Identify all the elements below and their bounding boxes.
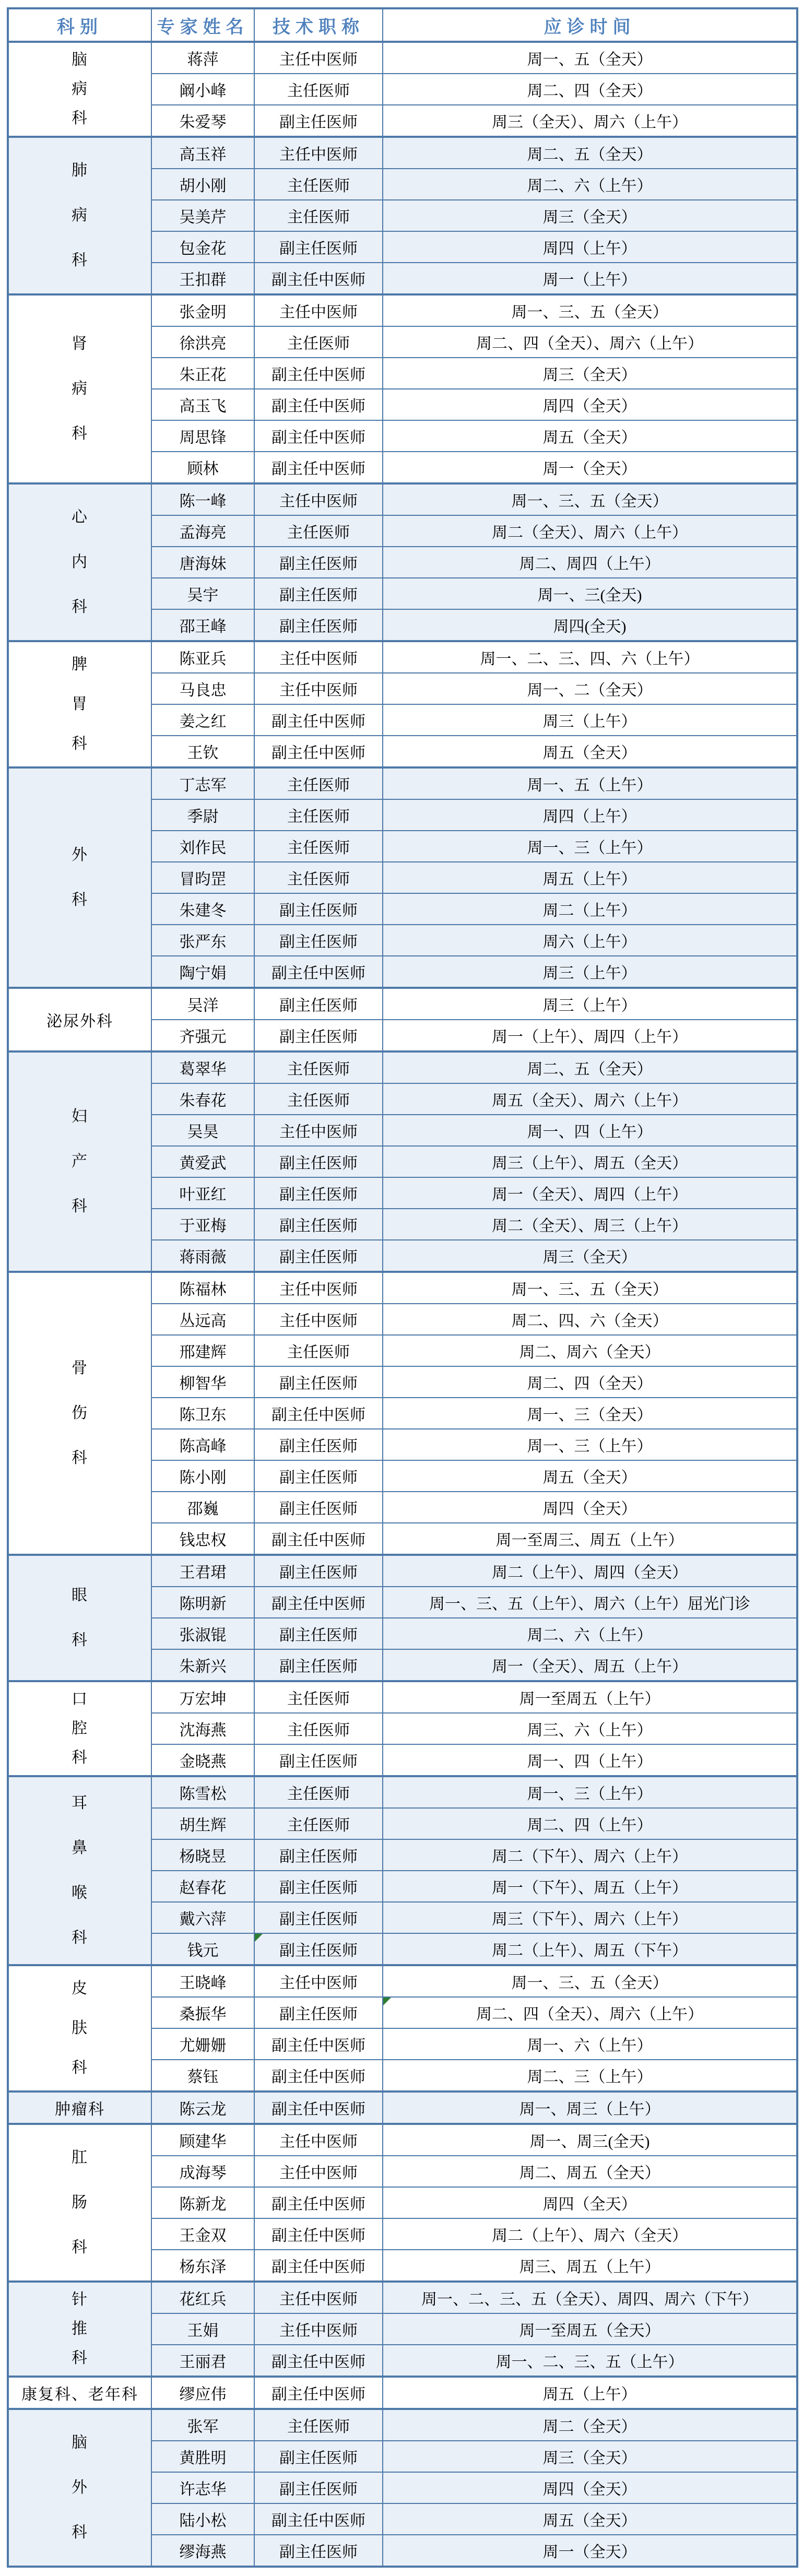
title-cell: 副主任医师 — [254, 1366, 383, 1398]
title-cell: 副主任中医师 — [254, 389, 383, 420]
department-cell: 肿瘤科 — [8, 2091, 151, 2124]
schedule-time-cell: 周五（全天） — [383, 2503, 797, 2535]
schedule-time-cell: 周一、二、三、四、六（上午） — [383, 641, 797, 673]
title-cell: 副主任医师 — [254, 105, 383, 137]
title-cell: 副主任医师 — [254, 231, 383, 263]
doctor-name-cell: 缪海燕 — [151, 2535, 254, 2567]
schedule-time-cell: 周二、六（上午） — [383, 1618, 797, 1649]
schedule-time-cell: 周二（全天）、周三（上午） — [383, 1209, 797, 1240]
title-cell: 副主任医师 — [254, 1744, 383, 1776]
doctor-name-cell: 唐海妹 — [151, 547, 254, 578]
title-cell: 主任中医师 — [254, 1115, 383, 1146]
title-cell: 副主任中医师 — [254, 1523, 383, 1555]
doctor-name-cell: 吴昊 — [151, 1115, 254, 1146]
schedule-time-cell: 周四(全天) — [383, 609, 797, 641]
title-cell: 副主任中医师 — [254, 2028, 383, 2060]
table-row: 脑外科张军主任医师周二（全天） — [8, 2409, 797, 2441]
title-cell: 副主任医师 — [254, 1460, 383, 1492]
table-row: 心内科陈一峰主任中医师周一、三、五（全天） — [8, 483, 797, 515]
schedule-time-cell: 周二（全天）、周六（上午） — [383, 515, 797, 547]
doctor-name-cell: 钱元 — [151, 1933, 254, 1965]
title-cell: 主任医师 — [254, 515, 383, 547]
doctor-name-cell: 姜之红 — [151, 704, 254, 736]
title-cell: 副主任医师 — [254, 1209, 383, 1240]
title-cell: 副主任医师 — [254, 925, 383, 956]
department-cell: 康复科、老年科 — [8, 2377, 151, 2409]
schedule-time-cell: 周一、五（上午） — [383, 767, 797, 799]
title-cell: 副主任中医师 — [254, 1587, 383, 1618]
doctor-name-cell: 蒋雨薇 — [151, 1240, 254, 1272]
schedule-time-cell: 周二、四（全天）、周六（上午） — [383, 326, 797, 358]
title-cell: 副主任医师 — [254, 1492, 383, 1523]
table-row: 脾胃科陈亚兵主任中医师周一、二、三、四、六（上午） — [8, 641, 797, 673]
schedule-time-cell: 周五（全天） — [383, 736, 797, 767]
schedule-time-cell: 周三（全天）、周六（上午） — [383, 105, 797, 137]
title-cell: 副主任医师 — [254, 1839, 383, 1871]
schedule-time-cell: 周一、二、三、五（上午） — [383, 2345, 797, 2377]
title-cell: 副主任中医师 — [254, 2091, 383, 2124]
title-cell: 副主任医师 — [254, 2472, 383, 2503]
doctor-name-cell: 黄爱武 — [151, 1146, 254, 1177]
title-cell: 主任医师 — [254, 767, 383, 799]
title-cell: 副主任医师 — [254, 1618, 383, 1649]
table-row: 针推科花红兵主任中医师周一、二、三、五（全天）、周四、周六（下午） — [8, 2282, 797, 2313]
schedule-time-cell: 周三（上午）、周五（全天） — [383, 1146, 797, 1177]
schedule-time-cell: 周一至周三、周五（上午） — [383, 1523, 797, 1555]
doctor-name-cell: 高玉飞 — [151, 389, 254, 420]
table-row: 肛肠科顾建华主任中医师周一、周三(全天) — [8, 2124, 797, 2156]
doctor-name-cell: 尤姗姗 — [151, 2028, 254, 2060]
doctor-schedule-table: 科别 专家姓名 技术职称 应诊时间 脑病科蒋萍主任中医师周一、五（全天）阚小峰主… — [7, 7, 798, 2568]
doctor-name-cell: 黄胜明 — [151, 2441, 254, 2472]
title-cell: 副主任医师 — [254, 547, 383, 578]
doctor-name-cell: 邢建辉 — [151, 1335, 254, 1366]
title-cell: 主任医师 — [254, 1335, 383, 1366]
schedule-time-cell: 周二（全天） — [383, 2409, 797, 2441]
department-cell: 脑病科 — [8, 42, 151, 137]
schedule-time-cell: 周三、周五（上午） — [383, 2250, 797, 2282]
department-cell: 脾胃科 — [8, 641, 151, 767]
doctor-name-cell: 张严东 — [151, 925, 254, 956]
title-cell: 主任中医师 — [254, 2313, 383, 2345]
title-cell: 副主任医师 — [254, 893, 383, 925]
doctor-name-cell: 陈高峰 — [151, 1429, 254, 1460]
title-cell: 副主任医师 — [254, 1240, 383, 1272]
doctor-name-cell: 蔡钰 — [151, 2060, 254, 2091]
header-row: 科别 专家姓名 技术职称 应诊时间 — [8, 8, 797, 42]
doctor-name-cell: 叶亚红 — [151, 1177, 254, 1209]
title-cell: 主任医师 — [254, 200, 383, 231]
title-cell: 主任医师 — [254, 2409, 383, 2441]
title-cell: 副主任医师 — [254, 578, 383, 609]
schedule-time-cell: 周一、三、五（全天） — [383, 483, 797, 515]
title-cell: 副主任医师 — [254, 988, 383, 1020]
schedule-time-cell: 周一、三（全天） — [383, 1398, 797, 1429]
doctor-name-cell: 阚小峰 — [151, 74, 254, 105]
doctor-name-cell: 钱忠权 — [151, 1523, 254, 1555]
title-cell: 主任医师 — [254, 1681, 383, 1713]
schedule-time-cell: 周一（全天） — [383, 2535, 797, 2567]
table-row: 肺病科高玉祥主任中医师周二、五（全天） — [8, 137, 797, 169]
title-cell: 主任中医师 — [254, 1304, 383, 1335]
doctor-name-cell: 张金明 — [151, 294, 254, 326]
doctor-name-cell: 陈卫东 — [151, 1398, 254, 1429]
schedule-time-cell: 周一、周三(全天) — [383, 2124, 797, 2156]
title-cell: 主任医师 — [254, 1713, 383, 1744]
doctor-name-cell: 马良忠 — [151, 673, 254, 704]
doctor-name-cell: 柳智华 — [151, 1366, 254, 1398]
department-cell: 肺病科 — [8, 137, 151, 294]
title-cell: 副主任中医师 — [254, 2503, 383, 2535]
doctor-name-cell: 齐强元 — [151, 1020, 254, 1051]
department-cell: 肾病科 — [8, 294, 151, 483]
schedule-time-cell: 周三（全天） — [383, 200, 797, 231]
title-cell: 副主任中医师 — [254, 704, 383, 736]
doctor-name-cell: 周思锋 — [151, 420, 254, 452]
schedule-time-cell: 周二、六（上午） — [383, 169, 797, 200]
title-cell: 副主任中医师 — [254, 2345, 383, 2377]
schedule-time-cell: 周三（上午） — [383, 988, 797, 1020]
doctor-name-cell: 吴洋 — [151, 988, 254, 1020]
title-cell: 副主任医师 — [254, 1902, 383, 1933]
doctor-name-cell: 吴美芹 — [151, 200, 254, 231]
title-cell: 主任中医师 — [254, 673, 383, 704]
schedule-time-cell: 周三（全天） — [383, 358, 797, 389]
title-cell: 副主任医师 — [254, 1997, 383, 2028]
doctor-name-cell: 朱爱琴 — [151, 105, 254, 137]
title-cell: 副主任中医师 — [254, 452, 383, 483]
title-cell: 主任中医师 — [254, 483, 383, 515]
schedule-time-cell: 周二、三（上午） — [383, 2060, 797, 2091]
table-row: 外科丁志军主任医师周一、五（上午） — [8, 767, 797, 799]
schedule-time-cell: 周一至周五（上午） — [383, 1681, 797, 1713]
schedule-time-cell: 周五（上午） — [383, 862, 797, 893]
schedule-time-cell: 周一、二、三、五（全天）、周四、周六（下午） — [383, 2282, 797, 2313]
schedule-time-cell: 周三（全天） — [383, 1240, 797, 1272]
schedule-time-cell: 周一、三（上午） — [383, 1429, 797, 1460]
table-row: 骨伤科陈福林主任中医师周一、三、五（全天） — [8, 1272, 797, 1304]
doctor-name-cell: 赵春花 — [151, 1871, 254, 1902]
schedule-time-cell: 周一至周五（全天） — [383, 2313, 797, 2345]
title-cell: 副主任中医师 — [254, 1398, 383, 1429]
department-cell: 口腔科 — [8, 1681, 151, 1776]
title-cell: 副主任医师 — [254, 609, 383, 641]
schedule-time-cell: 周三（下午）、周六（上午） — [383, 1902, 797, 1933]
schedule-time-cell: 周三（上午） — [383, 704, 797, 736]
doctor-name-cell: 金晓燕 — [151, 1744, 254, 1776]
table-row: 康复科、老年科缪应伟副主任中医师周五（上午） — [8, 2377, 797, 2409]
schedule-time-cell: 周四（上午） — [383, 231, 797, 263]
doctor-name-cell: 成海琴 — [151, 2156, 254, 2187]
schedule-time-cell: 周一、二（全天） — [383, 673, 797, 704]
title-cell: 副主任中医师 — [254, 358, 383, 389]
doctor-name-cell: 陶宁娟 — [151, 956, 254, 988]
department-cell: 外科 — [8, 767, 151, 988]
title-cell: 主任医师 — [254, 326, 383, 358]
doctor-name-cell: 包金花 — [151, 231, 254, 263]
schedule-time-cell: 周六（上午） — [383, 925, 797, 956]
doctor-name-cell: 顾建华 — [151, 2124, 254, 2156]
doctor-name-cell: 万宏坤 — [151, 1681, 254, 1713]
schedule-time-cell: 周一（全天）、周五（上午） — [383, 1649, 797, 1681]
doctor-name-cell: 陈云龙 — [151, 2091, 254, 2124]
title-cell: 主任中医师 — [254, 1272, 383, 1304]
schedule-time-cell: 周五（全天） — [383, 1460, 797, 1492]
doctor-name-cell: 邵王峰 — [151, 609, 254, 641]
title-cell: 副主任医师 — [254, 1871, 383, 1902]
doctor-name-cell: 王丽君 — [151, 2345, 254, 2377]
doctor-name-cell: 陈福林 — [151, 1272, 254, 1304]
schedule-time-cell: 周一（上午）、周四（上午） — [383, 1020, 797, 1051]
doctor-name-cell: 陈雪松 — [151, 1776, 254, 1808]
title-cell: 副主任医师 — [254, 1555, 383, 1587]
title-cell: 副主任中医师 — [254, 420, 383, 452]
title-cell: 副主任中医师 — [254, 736, 383, 767]
schedule-time-cell: 周一（上午） — [383, 263, 797, 294]
schedule-time-cell: 周三、六（上午） — [383, 1713, 797, 1744]
table-row: 妇产科葛翠华主任医师周二、五（全天） — [8, 1051, 797, 1083]
title-cell: 副主任医师 — [254, 1177, 383, 1209]
title-cell: 副主任中医师 — [254, 2377, 383, 2409]
schedule-time-cell: 周一（全天）、周四（上午） — [383, 1177, 797, 1209]
title-cell: 主任医师 — [254, 1083, 383, 1115]
doctor-name-cell: 胡小刚 — [151, 169, 254, 200]
doctor-name-cell: 许志华 — [151, 2472, 254, 2503]
title-cell: 主任中医师 — [254, 641, 383, 673]
schedule-time-cell: 周二、五（全天） — [383, 137, 797, 169]
title-cell: 主任医师 — [254, 862, 383, 893]
doctor-name-cell: 王钦 — [151, 736, 254, 767]
table-row: 泌尿外科吴洋副主任医师周三（上午） — [8, 988, 797, 1020]
title-cell: 主任医师 — [254, 169, 383, 200]
schedule-time-cell: 周二、四（全天） — [383, 74, 797, 105]
schedule-time-cell: 周一、三（上午） — [383, 831, 797, 862]
schedule-time-cell: 周三（上午） — [383, 956, 797, 988]
table-row: 眼科王君珺副主任医师周二（上午）、周四（全天） — [8, 1555, 797, 1587]
doctor-name-cell: 蒋萍 — [151, 42, 254, 74]
schedule-time-cell: 周一、三、五（全天） — [383, 1272, 797, 1304]
doctor-name-cell: 高玉祥 — [151, 137, 254, 169]
title-cell: 副主任医师 — [254, 2535, 383, 2567]
title-cell: 主任医师 — [254, 74, 383, 105]
table-row: 耳鼻喉科陈雪松主任医师周一、三（上午） — [8, 1776, 797, 1808]
title-cell: 主任医师 — [254, 831, 383, 862]
doctor-name-cell: 陈一峰 — [151, 483, 254, 515]
schedule-time-cell: 周二、周六（全天） — [383, 1335, 797, 1366]
schedule-time-cell: 周一（全天） — [383, 452, 797, 483]
doctor-name-cell: 孟海亮 — [151, 515, 254, 547]
schedule-time-cell: 周四（全天） — [383, 2187, 797, 2218]
doctor-name-cell: 葛翠华 — [151, 1051, 254, 1083]
comment-marker-icon — [255, 1934, 263, 1942]
title-cell: 主任中医师 — [254, 1965, 383, 1997]
schedule-time-cell: 周四（全天） — [383, 1492, 797, 1523]
table-row: 肾病科张金明主任中医师周一、三、五（全天） — [8, 294, 797, 326]
doctor-name-cell: 杨晓昱 — [151, 1839, 254, 1871]
schedule-time-cell: 周五（全天）、周六（上午） — [383, 1083, 797, 1115]
schedule-time-cell: 周四（上午） — [383, 799, 797, 831]
schedule-time-cell: 周二（上午）、周六（全天） — [383, 2218, 797, 2250]
title-cell: 主任中医师 — [254, 2282, 383, 2313]
schedule-time-cell: 周二（上午）、周四（全天） — [383, 1555, 797, 1587]
doctor-name-cell: 吴宇 — [151, 578, 254, 609]
doctor-name-cell: 王娟 — [151, 2313, 254, 2345]
department-cell: 泌尿外科 — [8, 988, 151, 1051]
doctor-name-cell: 沈海燕 — [151, 1713, 254, 1744]
schedule-time-cell: 周二、四（全天） — [383, 1366, 797, 1398]
schedule-time-cell: 周四（全天） — [383, 2472, 797, 2503]
schedule-time-cell: 周二、四（全天）、周六（上午） — [383, 1997, 797, 2028]
schedule-time-cell: 周二、周四（上午） — [383, 547, 797, 578]
doctor-name-cell: 桑振华 — [151, 1997, 254, 2028]
doctor-name-cell: 朱新兴 — [151, 1649, 254, 1681]
department-cell: 骨伤科 — [8, 1272, 151, 1555]
schedule-time-cell: 周一、三（上午） — [383, 1776, 797, 1808]
doctor-name-cell: 于亚梅 — [151, 1209, 254, 1240]
title-cell: 副主任中医师 — [254, 2218, 383, 2250]
department-cell: 眼科 — [8, 1555, 151, 1681]
title-cell: 主任中医师 — [254, 2156, 383, 2187]
schedule-time-cell: 周一（下午）、周五（上午） — [383, 1871, 797, 1902]
table-row: 皮肤科王晓峰主任中医师周一、三、五（全天） — [8, 1965, 797, 1997]
schedule-time-cell: 周三（全天） — [383, 2441, 797, 2472]
schedule-time-cell: 周一、四（上午） — [383, 1744, 797, 1776]
doctor-name-cell: 陆小松 — [151, 2503, 254, 2535]
doctor-name-cell: 花红兵 — [151, 2282, 254, 2313]
title-cell: 副主任中医师 — [254, 956, 383, 988]
table-row: 脑病科蒋萍主任中医师周一、五（全天） — [8, 42, 797, 74]
doctor-name-cell: 朱正花 — [151, 358, 254, 389]
department-cell: 耳鼻喉科 — [8, 1776, 151, 1965]
title-cell: 副主任中医师 — [254, 2060, 383, 2091]
table-row: 口腔科万宏坤主任医师周一至周五（上午） — [8, 1681, 797, 1713]
header-doctor-name: 专家姓名 — [151, 8, 254, 42]
schedule-time-cell: 周二、四（上午） — [383, 1808, 797, 1839]
schedule-time-cell: 周二（上午）、周五（下午） — [383, 1933, 797, 1965]
title-cell: 副主任中医师 — [254, 263, 383, 294]
doctor-name-cell: 杨东泽 — [151, 2250, 254, 2282]
schedule-time-cell: 周一、周三（上午） — [383, 2091, 797, 2124]
doctor-name-cell: 陈明新 — [151, 1587, 254, 1618]
title-cell: 副主任医师 — [254, 1146, 383, 1177]
table-row: 肿瘤科陈云龙副主任中医师周一、周三（上午） — [8, 2091, 797, 2124]
doctor-name-cell: 丛远高 — [151, 1304, 254, 1335]
schedule-time-cell: 周一、三、五（上午）、周六（上午）屈光门诊 — [383, 1587, 797, 1618]
department-cell: 针推科 — [8, 2282, 151, 2377]
header-time: 应诊时间 — [383, 8, 797, 42]
title-cell: 主任医师 — [254, 1051, 383, 1083]
doctor-name-cell: 王晓峰 — [151, 1965, 254, 1997]
doctor-name-cell: 朱建冬 — [151, 893, 254, 925]
department-cell: 脑外科 — [8, 2409, 151, 2567]
doctor-name-cell: 丁志军 — [151, 767, 254, 799]
doctor-name-cell: 邵巍 — [151, 1492, 254, 1523]
doctor-name-cell: 戴六萍 — [151, 1902, 254, 1933]
schedule-time-cell: 周四（全天） — [383, 389, 797, 420]
schedule-time-cell: 周二（下午）、周六（上午） — [383, 1839, 797, 1871]
doctor-name-cell: 陈亚兵 — [151, 641, 254, 673]
department-cell: 心内科 — [8, 483, 151, 641]
schedule-table-body: 脑病科蒋萍主任中医师周一、五（全天）阚小峰主任医师周二、四（全天）朱爱琴副主任医… — [8, 42, 797, 2567]
doctor-name-cell: 徐洪亮 — [151, 326, 254, 358]
schedule-time-cell: 周一、四（上午） — [383, 1115, 797, 1146]
title-cell: 主任医师 — [254, 1808, 383, 1839]
title-cell: 副主任医师 — [254, 1933, 383, 1965]
doctor-name-cell: 冒昀罡 — [151, 862, 254, 893]
doctor-name-cell: 王金双 — [151, 2218, 254, 2250]
comment-marker-icon — [383, 1998, 391, 2005]
title-cell: 副主任医师 — [254, 1649, 383, 1681]
title-cell: 副主任中医师 — [254, 2250, 383, 2282]
doctor-name-cell: 陈新龙 — [151, 2187, 254, 2218]
title-cell: 主任中医师 — [254, 137, 383, 169]
title-cell: 副主任医师 — [254, 2441, 383, 2472]
doctor-name-cell: 季尉 — [151, 799, 254, 831]
department-cell: 肛肠科 — [8, 2124, 151, 2282]
doctor-name-cell: 王君珺 — [151, 1555, 254, 1587]
schedule-time-cell: 周二、五（全天） — [383, 1051, 797, 1083]
schedule-time-cell: 周二、四、六（全天） — [383, 1304, 797, 1335]
header-department: 科别 — [8, 8, 151, 42]
doctor-name-cell: 刘作民 — [151, 831, 254, 862]
doctor-name-cell: 缪应伟 — [151, 2377, 254, 2409]
title-cell: 主任中医师 — [254, 42, 383, 74]
schedule-time-cell: 周一、六（上午） — [383, 2028, 797, 2060]
schedule-time-cell: 周二、周五（全天） — [383, 2156, 797, 2187]
schedule-time-cell: 周一、三、五（全天） — [383, 294, 797, 326]
doctor-name-cell: 王扣群 — [151, 263, 254, 294]
title-cell: 主任医师 — [254, 799, 383, 831]
schedule-time-cell: 周一、五（全天） — [383, 42, 797, 74]
title-cell: 主任医师 — [254, 1776, 383, 1808]
doctor-name-cell: 陈小刚 — [151, 1460, 254, 1492]
page: 科别 专家姓名 技术职称 应诊时间 脑病科蒋萍主任中医师周一、五（全天）阚小峰主… — [0, 0, 803, 2576]
doctor-name-cell: 张军 — [151, 2409, 254, 2441]
title-cell: 副主任医师 — [254, 1429, 383, 1460]
schedule-time-cell: 周五（全天） — [383, 420, 797, 452]
header-title: 技术职称 — [254, 8, 383, 42]
doctor-name-cell: 朱春花 — [151, 1083, 254, 1115]
department-cell: 皮肤科 — [8, 1965, 151, 2091]
title-cell: 副主任中医师 — [254, 2187, 383, 2218]
schedule-time-cell: 周一、三、五（全天） — [383, 1965, 797, 1997]
doctor-name-cell: 张淑锟 — [151, 1618, 254, 1649]
department-cell: 妇产科 — [8, 1051, 151, 1272]
schedule-time-cell: 周五（上午） — [383, 2377, 797, 2409]
schedule-time-cell: 周二（上午） — [383, 893, 797, 925]
schedule-time-cell: 周一、三(全天) — [383, 578, 797, 609]
title-cell: 副主任医师 — [254, 1020, 383, 1051]
title-cell: 主任中医师 — [254, 294, 383, 326]
doctor-name-cell: 顾林 — [151, 452, 254, 483]
doctor-name-cell: 胡生辉 — [151, 1808, 254, 1839]
title-cell: 主任中医师 — [254, 2124, 383, 2156]
